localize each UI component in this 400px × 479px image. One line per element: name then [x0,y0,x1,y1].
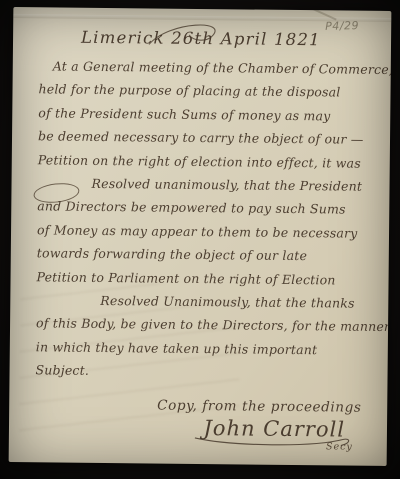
letter-line: towards forwarding the object of our lat… [37,242,373,269]
closing-line: Copy, from the proceedings [157,397,371,415]
letter-line: of this Body, be given to the Directors,… [36,312,372,339]
letter-page: P4/29 Limerick 26th April 1821 At a Gene… [9,7,392,466]
letter-line: and Directors be empowered to pay such S… [37,195,373,222]
letter-line: Subject. [35,359,371,386]
letter-line: Resolved unanimously, that the President [37,171,373,198]
letter-line: held for the purpose of placing at the d… [38,78,374,105]
pen-flourish-icon [145,26,265,47]
signature: John Carroll [35,414,345,441]
letter-text: Limerick 26th April 1821 At a General me… [9,7,392,466]
letter-line: Petition to Parliament on the right of E… [36,265,372,292]
dateline: Limerick 26th April 1821 [81,28,375,50]
letter-line: in which they have taken up this importa… [36,335,372,362]
letter-line: of Money as may appear to them to be nec… [37,218,373,245]
document-photo: P4/29 Limerick 26th April 1821 At a Gene… [0,0,400,479]
letter-line: Petition on the right of election into e… [38,148,374,175]
letter-line: of the President such Sums of money as m… [38,101,374,128]
letter-line: At a General meeting of the Chamber of C… [39,54,375,81]
signature-flourish-icon [193,432,353,450]
letter-line: be deemed necessary to carry the object … [38,125,374,152]
letter-line: Resolved Unanimously, that the thanks [36,288,372,315]
